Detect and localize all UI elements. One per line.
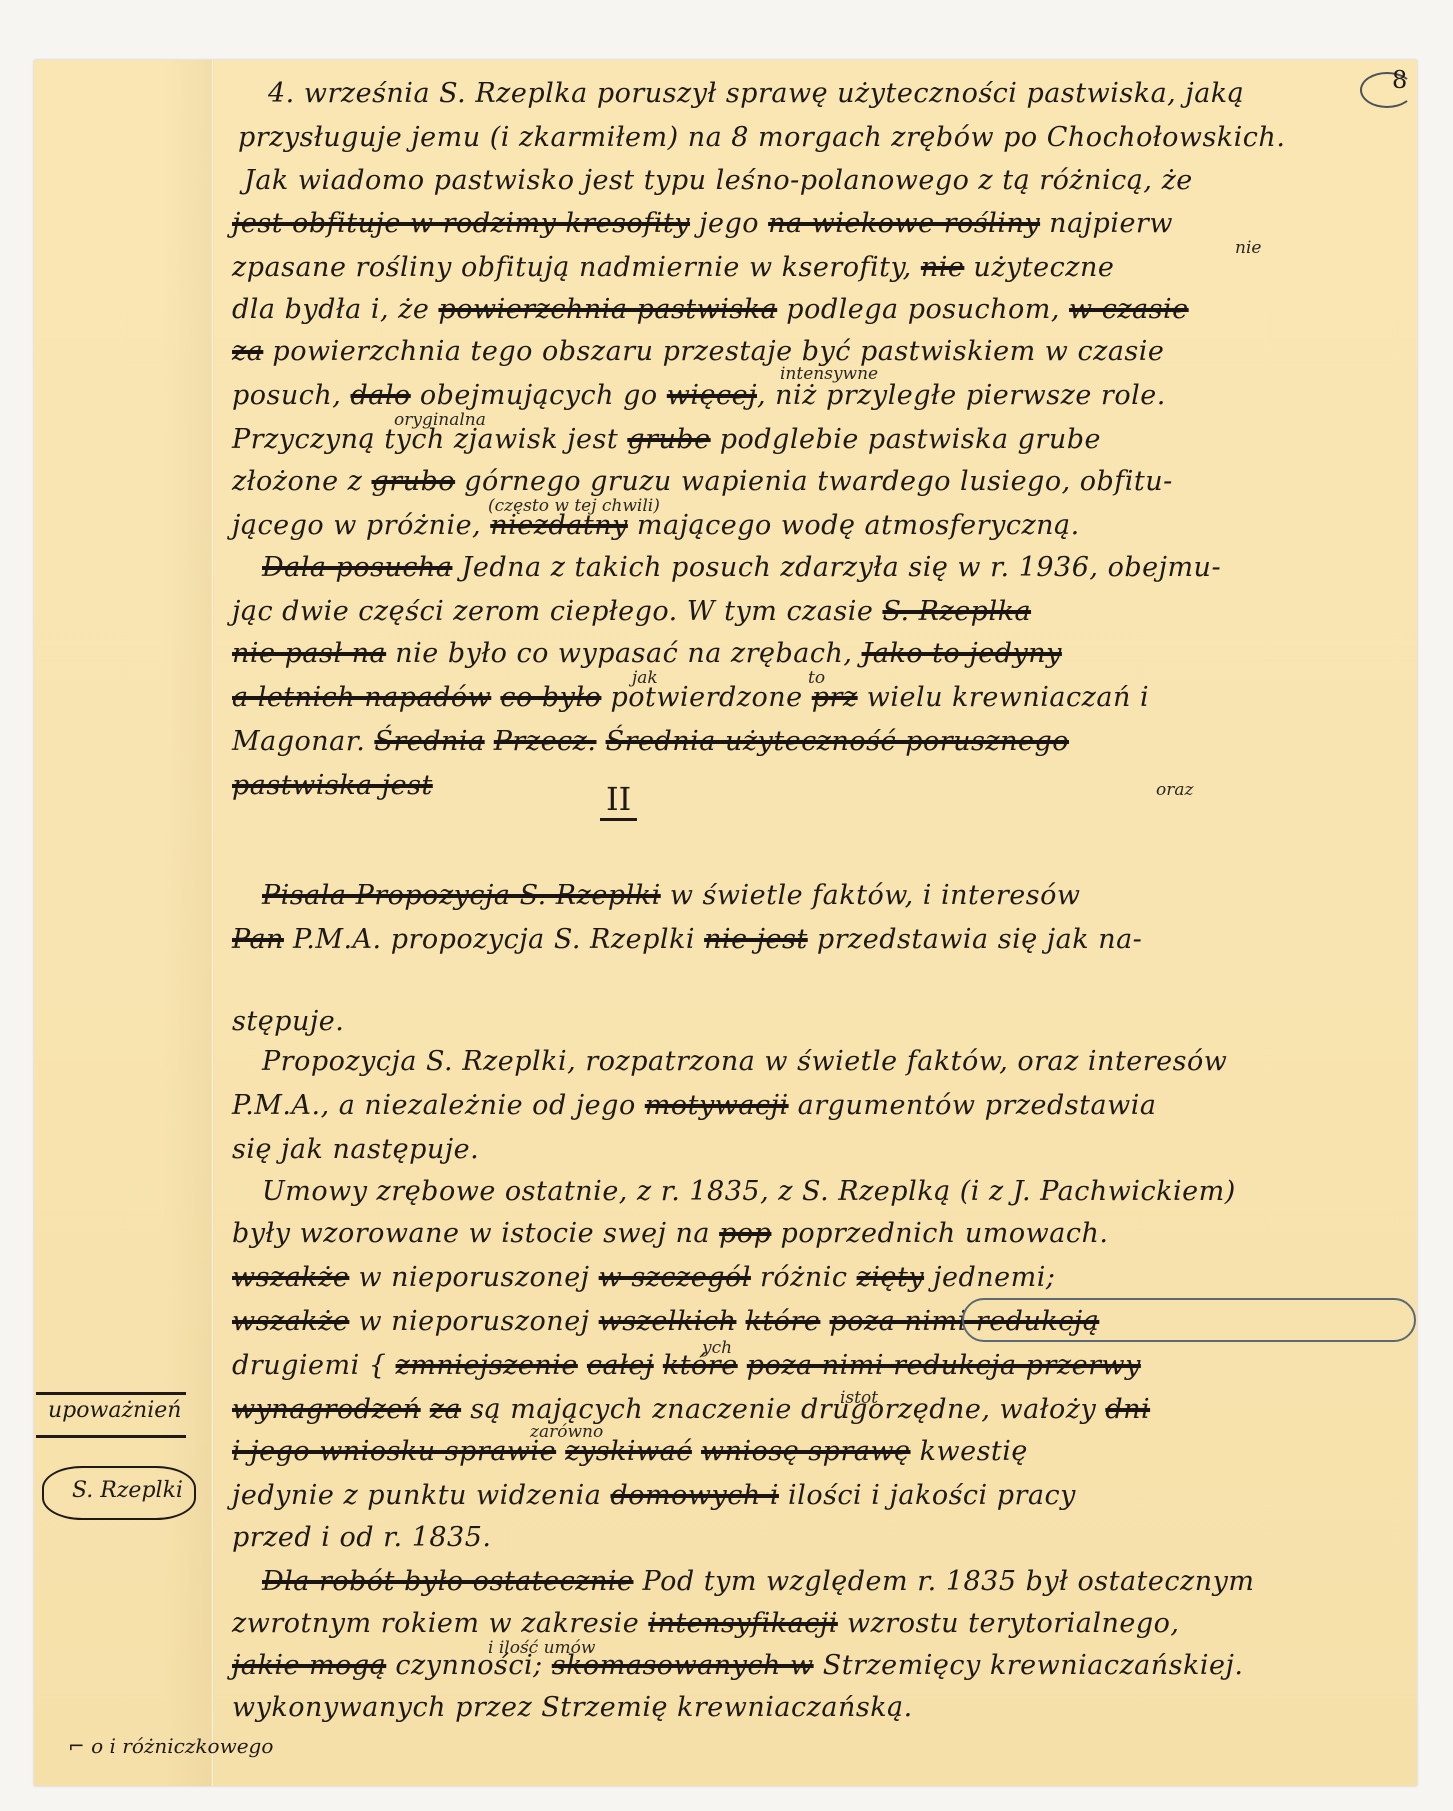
pencil-bracket-insert bbox=[962, 1298, 1416, 1342]
struck-text: na wiekowe rośliny bbox=[768, 208, 1040, 239]
struck-text: nie jest bbox=[704, 924, 808, 955]
manuscript-line: jest obfituje w rodzimy kresofity jego n… bbox=[232, 208, 1173, 239]
interlinear-insertion: ych bbox=[702, 1338, 732, 1358]
line-text: najpierw bbox=[1040, 208, 1173, 239]
struck-text: zmniejszenie bbox=[396, 1350, 578, 1381]
manuscript-line: jakie mogą czynności; skomasowanych w St… bbox=[232, 1650, 1243, 1681]
line-text: nie było co wypasać na zrębach, bbox=[386, 638, 861, 669]
manuscript-line: się jak następuje. bbox=[232, 1134, 479, 1165]
line-text: , niż przyległe pierwsze role. bbox=[757, 380, 1166, 411]
line-text: argumentów przedstawia bbox=[789, 1090, 1157, 1121]
line-text: drugiemi { bbox=[232, 1350, 396, 1381]
line-text: dla bydła i, że bbox=[232, 294, 438, 325]
manuscript-line: zpasane rośliny obfitują nadmiernie w ks… bbox=[232, 252, 1114, 283]
line-text: jedynie z punktu widzenia bbox=[232, 1480, 610, 1511]
line-text: poprzednich umowach. bbox=[771, 1218, 1108, 1249]
struck-text: grubo bbox=[371, 466, 455, 497]
line-text: obejmujących go bbox=[411, 380, 667, 411]
line-text bbox=[692, 1436, 701, 1467]
struck-text: Pisala Propozycja S. Rzeplki bbox=[262, 880, 661, 911]
manuscript-line: posuch, dalo obejmujących go więcej, niż… bbox=[232, 380, 1166, 411]
manuscript-line: P.M.A., a niezależnie od jego motywacji … bbox=[232, 1090, 1156, 1121]
manuscript-line: Magonar. Średnia Przecz. Średnia użytecz… bbox=[232, 726, 1069, 757]
interlinear-insertion: i ilość umów bbox=[488, 1638, 595, 1658]
line-text bbox=[738, 1350, 747, 1381]
interlinear-insertion: intensywne bbox=[780, 364, 878, 384]
manuscript-line: jąc dwie części zerom ciepłego. W tym cz… bbox=[232, 596, 1031, 627]
struck-text: jest obfituje w rodzimy kresofity bbox=[232, 208, 690, 239]
manuscript-line: 4. września S. Rzeplka poruszył sprawę u… bbox=[268, 78, 1244, 109]
line-text: posuch, bbox=[232, 380, 350, 411]
interlinear-insertion: zarówno bbox=[530, 1422, 603, 1442]
struck-text: Dla robót było ostatecznie bbox=[262, 1566, 633, 1597]
struck-text: dni bbox=[1105, 1394, 1150, 1425]
struck-text: całej bbox=[587, 1350, 654, 1381]
manuscript-line: przed i od r. 1835. bbox=[232, 1522, 492, 1553]
struck-text: w szczegól bbox=[599, 1262, 751, 1293]
manuscript-line: pastwiska jest bbox=[232, 770, 433, 801]
line-text: wykonywanych przez Strzemię krewniaczańs… bbox=[232, 1692, 913, 1723]
struck-text: motywacji bbox=[645, 1090, 789, 1121]
struck-text: wniosę sprawę bbox=[701, 1436, 911, 1467]
line-text: przedstawia się jak na- bbox=[808, 924, 1143, 955]
struck-text: wszakże bbox=[232, 1306, 349, 1337]
interlinear-insertion: oryginalna bbox=[394, 410, 486, 430]
struck-text: za bbox=[232, 336, 263, 367]
line-text: użyteczne bbox=[964, 252, 1114, 283]
line-text: kwestię bbox=[911, 1436, 1028, 1467]
struck-text: nie bbox=[921, 252, 965, 283]
margin-footnote: ⌐ o i różniczkowego bbox=[68, 1734, 273, 1758]
line-text: jego bbox=[690, 208, 768, 239]
interlinear-insertion: (często w tej chwili) bbox=[488, 496, 660, 516]
line-text bbox=[485, 726, 494, 757]
margin-note-struck: upoważnień bbox=[48, 1398, 181, 1423]
struck-text: Dala posucha bbox=[262, 552, 452, 583]
page-number: 8 bbox=[1392, 66, 1407, 94]
manuscript-line: zwrotnym rokiem w zakresie intensyfikacj… bbox=[232, 1608, 1180, 1639]
line-text bbox=[654, 1350, 663, 1381]
line-text: były wzorowane w istocie swej na bbox=[232, 1218, 719, 1249]
line-text: w świetle faktów, i interesów bbox=[661, 880, 1081, 911]
struck-text: zięty bbox=[857, 1262, 924, 1293]
manuscript-line: Dala posucha Jedna z takich posuch zdarz… bbox=[262, 552, 1221, 583]
margin-note-s-rzeplki: S. Rzeplki bbox=[72, 1478, 183, 1503]
line-text: Pod tym względem r. 1835 był ostatecznym bbox=[633, 1566, 1254, 1597]
interlinear-insertion: to bbox=[808, 668, 825, 688]
line-text bbox=[491, 682, 500, 713]
line-text: wielu krewniaczań i bbox=[858, 682, 1149, 713]
line-text: stępuje. bbox=[232, 1006, 344, 1037]
paper-fold-line bbox=[211, 60, 214, 1786]
line-text: Propozycja S. Rzeplki, rozpatrzona w świ… bbox=[262, 1046, 1227, 1077]
manuscript-line: były wzorowane w istocie swej na pop pop… bbox=[232, 1218, 1108, 1249]
line-text: Jak wiadomo pastwisko jest typu leśno-po… bbox=[244, 165, 1193, 196]
manuscript-line: a letnich napadów co było potwierdzone p… bbox=[232, 682, 1149, 713]
struck-text: i jego wniosku sprawie bbox=[232, 1436, 556, 1467]
struck-text: co było bbox=[500, 682, 601, 713]
struck-text: grube bbox=[627, 424, 710, 455]
line-text bbox=[578, 1350, 587, 1381]
line-text: jednemi; bbox=[924, 1262, 1055, 1293]
manuscript-line: stępuje. bbox=[232, 1006, 344, 1037]
manuscript-line: jedynie z punktu widzenia domowych i ilo… bbox=[232, 1480, 1076, 1511]
line-text: złożone z bbox=[232, 466, 371, 497]
struck-text: w czasie bbox=[1069, 294, 1189, 325]
interlinear-insertion: istot bbox=[840, 1388, 878, 1408]
manuscript-line: dla bydła i, że powierzchnia pastwiska p… bbox=[232, 294, 1189, 325]
struck-text: Jako to jedyny bbox=[862, 638, 1062, 669]
manuscript-line: Umowy zrębowe ostatnie, z r. 1835, z S. … bbox=[262, 1176, 1236, 1207]
struck-text: wszelkich bbox=[599, 1306, 737, 1337]
manuscript-line: wynagrodzeń za są mających znaczenie dru… bbox=[232, 1394, 1150, 1425]
line-text: podlega posuchom, bbox=[777, 294, 1069, 325]
line-text: Magonar. bbox=[232, 726, 374, 757]
line-text: Umowy zrębowe ostatnie, z r. 1835, z S. … bbox=[262, 1176, 1236, 1207]
line-text: mającego wodę atmosferyczną. bbox=[628, 510, 1080, 541]
line-text: wzrostu terytorialnego, bbox=[838, 1608, 1180, 1639]
struck-text: wszakże bbox=[232, 1262, 349, 1293]
struck-text: Przecz. bbox=[494, 726, 597, 757]
manuscript-line: drugiemi { zmniejszenie całej które poza… bbox=[232, 1350, 1141, 1381]
line-text: w nieporuszonej bbox=[349, 1306, 598, 1337]
struck-text: za bbox=[430, 1394, 461, 1425]
manuscript-line: i jego wniosku sprawie zyskiwać wniosę s… bbox=[232, 1436, 1028, 1467]
struck-text: poza nimi redukcja przerwy bbox=[747, 1350, 1141, 1381]
struck-text: pop bbox=[719, 1218, 771, 1249]
struck-text: więcej bbox=[667, 380, 757, 411]
interlinear-insertion: nie bbox=[1235, 238, 1261, 258]
line-text: zwrotnym rokiem w zakresie bbox=[232, 1608, 648, 1639]
section-heading: II bbox=[600, 780, 637, 821]
line-text: jącego w próżnie, bbox=[232, 510, 490, 541]
struck-text: nie pasł na bbox=[232, 638, 386, 669]
manuscript-line: wykonywanych przez Strzemię krewniaczańs… bbox=[232, 1692, 913, 1723]
line-text: są mających znaczenie drugorzędne, wałoż… bbox=[461, 1394, 1105, 1425]
struck-text: powierzchnia pastwiska bbox=[438, 294, 777, 325]
line-text bbox=[596, 726, 605, 757]
manuscript-line: złożone z grubo górnego gruzu wapienia t… bbox=[232, 466, 1173, 497]
manuscript-line: Pan P.M.A. propozycja S. Rzeplki nie jes… bbox=[232, 924, 1142, 955]
fold-shadow bbox=[164, 60, 211, 1786]
struck-text: intensyfikacji bbox=[648, 1608, 838, 1639]
line-text: P.M.A. propozycja S. Rzeplki bbox=[284, 924, 704, 955]
struck-text: pastwiska jest bbox=[232, 770, 433, 801]
struck-text: Średnia bbox=[374, 726, 484, 757]
struck-text: wynagrodzeń bbox=[232, 1394, 421, 1425]
struck-text: dalo bbox=[350, 380, 410, 411]
struck-text: Średnia użyteczność porusznego bbox=[606, 726, 1069, 757]
struck-text: jakie mogą bbox=[232, 1650, 386, 1681]
line-text: podglebie pastwiska grube bbox=[711, 424, 1101, 455]
line-text: zpasane rośliny obfitują nadmiernie w ks… bbox=[232, 252, 921, 283]
line-text: przysługuje jemu (i zkarmiłem) na 8 morg… bbox=[238, 122, 1285, 153]
line-text bbox=[421, 1394, 430, 1425]
manuscript-line: Jak wiadomo pastwisko jest typu leśno-po… bbox=[244, 165, 1193, 196]
interlinear-insertion: jak bbox=[632, 668, 658, 688]
line-text: przed i od r. 1835. bbox=[232, 1522, 492, 1553]
manuscript-line: Pisala Propozycja S. Rzeplki w świetle f… bbox=[262, 880, 1080, 911]
struck-text: domowych i bbox=[610, 1480, 779, 1511]
manuscript-line: wszakże w nieporuszonej w szczegól różni… bbox=[232, 1262, 1056, 1293]
manuscript-line: za powierzchnia tego obszaru przestaje b… bbox=[232, 336, 1164, 367]
line-text bbox=[736, 1306, 745, 1337]
manuscript-line: Przyczyną tych zjawisk jest grube podgle… bbox=[232, 424, 1101, 455]
line-text bbox=[820, 1306, 829, 1337]
line-text: P.M.A., a niezależnie od jego bbox=[232, 1090, 645, 1121]
line-text: w nieporuszonej bbox=[349, 1262, 598, 1293]
line-text: powierzchnia tego obszaru przestaje być … bbox=[263, 336, 1164, 367]
struck-text: Pan bbox=[232, 924, 284, 955]
line-text: się jak następuje. bbox=[232, 1134, 479, 1165]
line-text: górnego gruzu wapienia twardego lusiego,… bbox=[455, 466, 1173, 497]
line-text: 4. września S. Rzeplka poruszył sprawę u… bbox=[268, 78, 1244, 109]
manuscript-line: przysługuje jemu (i zkarmiłem) na 8 morg… bbox=[238, 122, 1285, 153]
struck-text: S. Rzeplka bbox=[882, 596, 1031, 627]
line-text: ilości i jakości pracy bbox=[779, 1480, 1076, 1511]
line-text: Strzemięcy krewniaczańskiej. bbox=[814, 1650, 1244, 1681]
interlinear-insertion: oraz bbox=[1156, 780, 1193, 800]
line-text: jąc dwie części zerom ciepłego. W tym cz… bbox=[232, 596, 882, 627]
manuscript-line: Propozycja S. Rzeplki, rozpatrzona w świ… bbox=[262, 1046, 1227, 1077]
manuscript-line: Dla robót było ostatecznie Pod tym wzglę… bbox=[262, 1566, 1254, 1597]
line-text: Jedna z takich posuch zdarzyła się w r. … bbox=[452, 552, 1221, 583]
line-text: różnic bbox=[751, 1262, 857, 1293]
manuscript-line: nie pasł na nie było co wypasać na zręba… bbox=[232, 638, 1062, 669]
struck-text: a letnich napadów bbox=[232, 682, 491, 713]
struck-text: które bbox=[746, 1306, 821, 1337]
